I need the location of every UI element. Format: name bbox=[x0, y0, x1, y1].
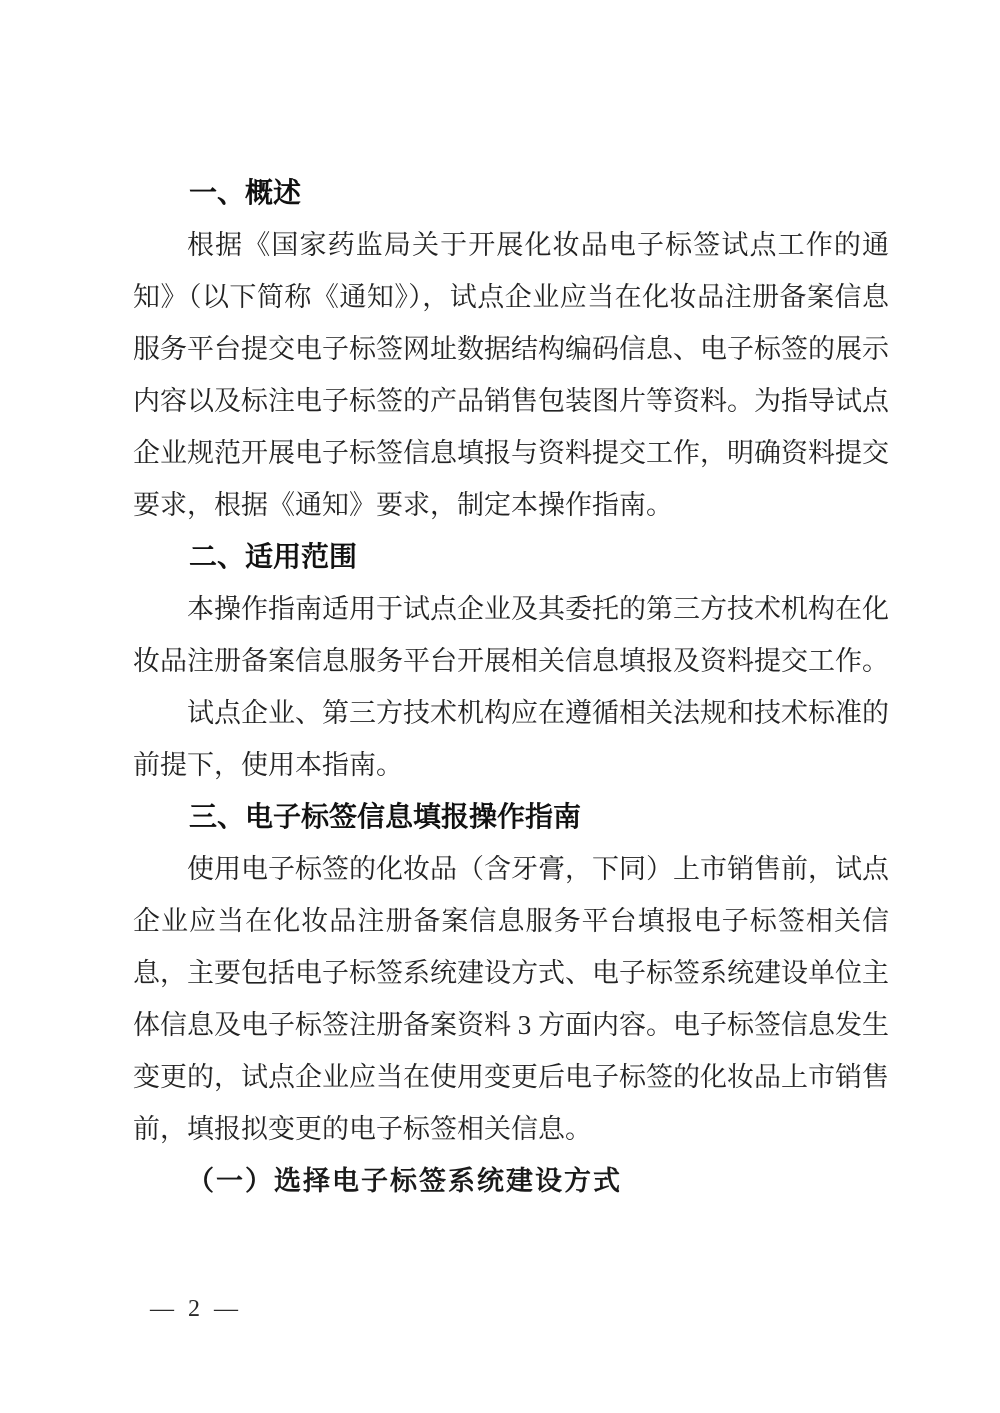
paragraph-filing-guide-1: 使用电子标签的化妆品（含牙膏，下同）上市销售前，试点企业应当在化妆品注册备案信息… bbox=[133, 843, 889, 1155]
section-heading-overview: 一、概述 bbox=[133, 167, 889, 219]
page-number: — 2 — bbox=[150, 1283, 242, 1335]
section-heading-filing-guide: 三、电子标签信息填报操作指南 bbox=[133, 791, 889, 843]
paragraph-scope-1: 本操作指南适用于试点企业及其委托的第三方技术机构在化妆品注册备案信息服务平台开展… bbox=[133, 583, 889, 687]
document-page: 一、概述 根据《国家药监局关于开展化妆品电子标签试点工作的通知》（以下简称《通知… bbox=[0, 0, 1000, 1413]
section-heading-scope: 二、适用范围 bbox=[133, 531, 889, 583]
document-body: 一、概述 根据《国家药监局关于开展化妆品电子标签试点工作的通知》（以下简称《通知… bbox=[133, 167, 889, 1207]
paragraph-scope-2: 试点企业、第三方技术机构应在遵循相关法规和技术标准的前提下，使用本指南。 bbox=[133, 687, 889, 791]
subheading-system-construction-method: （一）选择电子标签系统建设方式 bbox=[133, 1155, 889, 1207]
paragraph-overview-1: 根据《国家药监局关于开展化妆品电子标签试点工作的通知》（以下简称《通知》），试点… bbox=[133, 219, 889, 531]
